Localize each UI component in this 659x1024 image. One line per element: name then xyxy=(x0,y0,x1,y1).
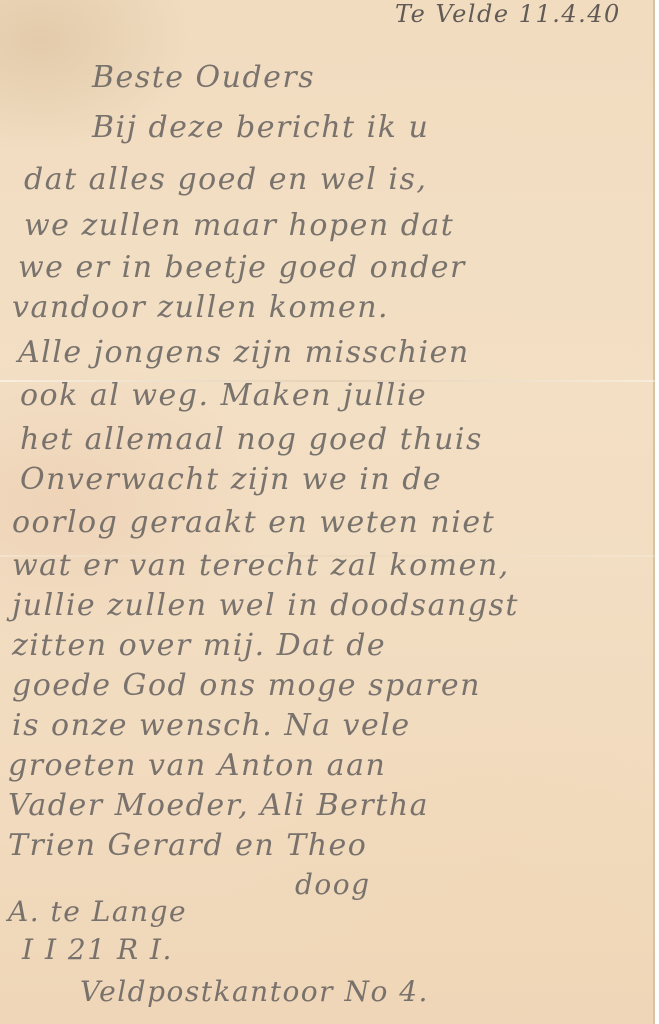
body-line: Trien Gerard en Theo xyxy=(8,828,367,863)
postcard: Te Velde 11.4.40 Beste Ouders Bij deze b… xyxy=(0,0,655,1024)
body-line: zitten over mij. Dat de xyxy=(12,628,386,663)
sender-name: A. te Lange xyxy=(8,895,187,928)
dateline: Te Velde 11.4.40 xyxy=(395,0,621,28)
body-line: oorlog geraakt en weten niet xyxy=(12,505,495,540)
closing-addition: doog xyxy=(295,868,371,901)
body-line: ook al weg. Maken jullie xyxy=(20,378,427,413)
sender-unit: I I 21 R I. xyxy=(22,933,173,966)
body-line: vandoor zullen komen. xyxy=(12,290,389,325)
body-line: dat alles goed en wel is, xyxy=(24,162,427,197)
body-line: het allemaal nog goed thuis xyxy=(20,422,483,457)
body-line: Alle jongens zijn misschien xyxy=(18,335,470,370)
body-line: goede God ons moge sparen xyxy=(12,668,481,703)
body-line: we er in beetje goed onder xyxy=(18,250,466,285)
body-line: wat er van terecht zal komen, xyxy=(12,548,510,583)
body-line: Bij deze bericht ik u xyxy=(92,110,429,145)
body-line: is onze wensch. Na vele xyxy=(12,708,411,743)
body-line: groeten van Anton aan xyxy=(8,748,386,783)
body-line: Vader Moeder, Ali Bertha xyxy=(8,788,429,823)
body-line: jullie zullen wel in doodsangst xyxy=(12,588,519,623)
body-line: we zullen maar hopen dat xyxy=(24,208,454,243)
sender-postal: Veldpostkantoor No 4. xyxy=(80,975,429,1008)
body-line: Onverwacht zijn we in de xyxy=(20,462,442,497)
salutation: Beste Ouders xyxy=(92,60,315,95)
